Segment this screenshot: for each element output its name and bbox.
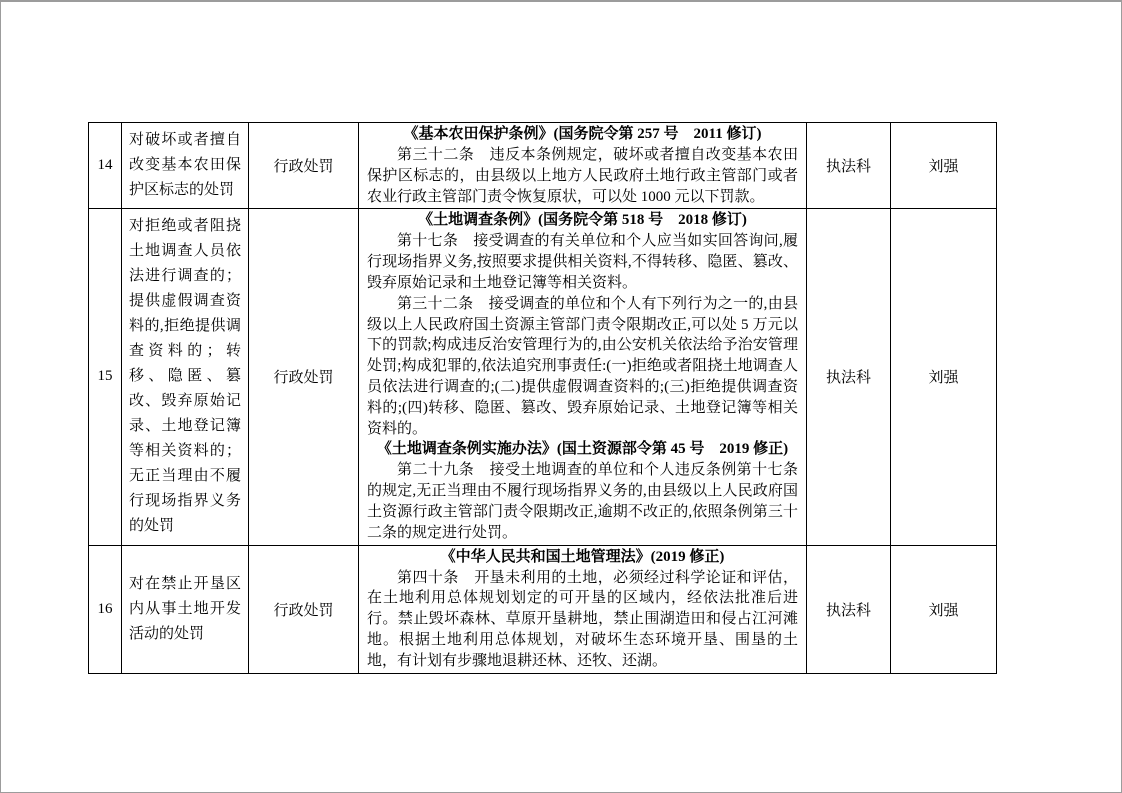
law-paragraph: 第三十二条 接受调查的单位和个人有下列行为之一的,由县级以上人民政府国土资源主管… bbox=[367, 294, 798, 440]
penalty-type-cell: 行政处罚 bbox=[249, 123, 359, 209]
item-name-cell: 对破坏或者擅自改变基本农田保护区标志的处罚 bbox=[122, 123, 249, 209]
department-cell: 执法科 bbox=[807, 545, 891, 673]
law-paragraph: 第二十九条 接受土地调查的单位和个人违反条例第十七条的规定,无正当理由不履行现场… bbox=[367, 460, 798, 543]
row-number-cell: 16 bbox=[89, 545, 122, 673]
row-number-cell: 14 bbox=[89, 123, 122, 209]
legal-basis-cell: 《中华人民共和国土地管理法》(2019 修正) 第四十条 开垦未利用的土地，必须… bbox=[359, 545, 807, 673]
penalty-type-cell: 行政处罚 bbox=[249, 209, 359, 545]
law-title: 《基本农田保护条例》(国务院令第 257 号 2011 修订) bbox=[367, 124, 798, 145]
legal-basis-cell: 《土地调查条例》(国务院令第 518 号 2018 修订) 第十七条 接受调查的… bbox=[359, 209, 807, 545]
law-title: 《中华人民共和国土地管理法》(2019 修正) bbox=[367, 547, 798, 568]
responsible-person-cell: 刘强 bbox=[891, 123, 997, 209]
law-paragraph: 第四十条 开垦未利用的土地，必须经过科学论证和评估，在土地利用总体规划划定的可开… bbox=[367, 568, 798, 672]
table-row: 15 对拒绝或者阻挠土地调查人员依法进行调查的；提供虚假调查资料的,拒绝提供调查… bbox=[89, 209, 997, 545]
law-paragraph: 第三十二条 违反本条例规定，破坏或者擅自改变基本农田保护区标志的，由县级以上地方… bbox=[367, 145, 798, 207]
law-paragraph: 第十七条 接受调查的有关单位和个人应当如实回答询问,履行现场指界义务,按照要求提… bbox=[367, 231, 798, 293]
item-name-cell: 对拒绝或者阻挠土地调查人员依法进行调查的；提供虚假调查资料的,拒绝提供调查资料的… bbox=[122, 209, 249, 545]
table-row: 14 对破坏或者擅自改变基本农田保护区标志的处罚 行政处罚 《基本农田保护条例》… bbox=[89, 123, 997, 209]
row-number-cell: 15 bbox=[89, 209, 122, 545]
table-row: 16 对在禁止开垦区内从事土地开发活动的处罚 行政处罚 《中华人民共和国土地管理… bbox=[89, 545, 997, 673]
document-page: 14 对破坏或者擅自改变基本农田保护区标志的处罚 行政处罚 《基本农田保护条例》… bbox=[0, 0, 1122, 793]
item-name-cell: 对在禁止开垦区内从事土地开发活动的处罚 bbox=[122, 545, 249, 673]
department-cell: 执法科 bbox=[807, 209, 891, 545]
penalty-type-cell: 行政处罚 bbox=[249, 545, 359, 673]
department-cell: 执法科 bbox=[807, 123, 891, 209]
law-title: 《土地调查条例实施办法》(国土资源部令第 45 号 2019 修正) bbox=[367, 439, 798, 460]
law-title: 《土地调查条例》(国务院令第 518 号 2018 修订) bbox=[367, 210, 798, 231]
responsible-person-cell: 刘强 bbox=[891, 545, 997, 673]
penalty-items-table: 14 对破坏或者擅自改变基本农田保护区标志的处罚 行政处罚 《基本农田保护条例》… bbox=[88, 122, 997, 674]
legal-basis-cell: 《基本农田保护条例》(国务院令第 257 号 2011 修订) 第三十二条 违反… bbox=[359, 123, 807, 209]
responsible-person-cell: 刘强 bbox=[891, 209, 997, 545]
